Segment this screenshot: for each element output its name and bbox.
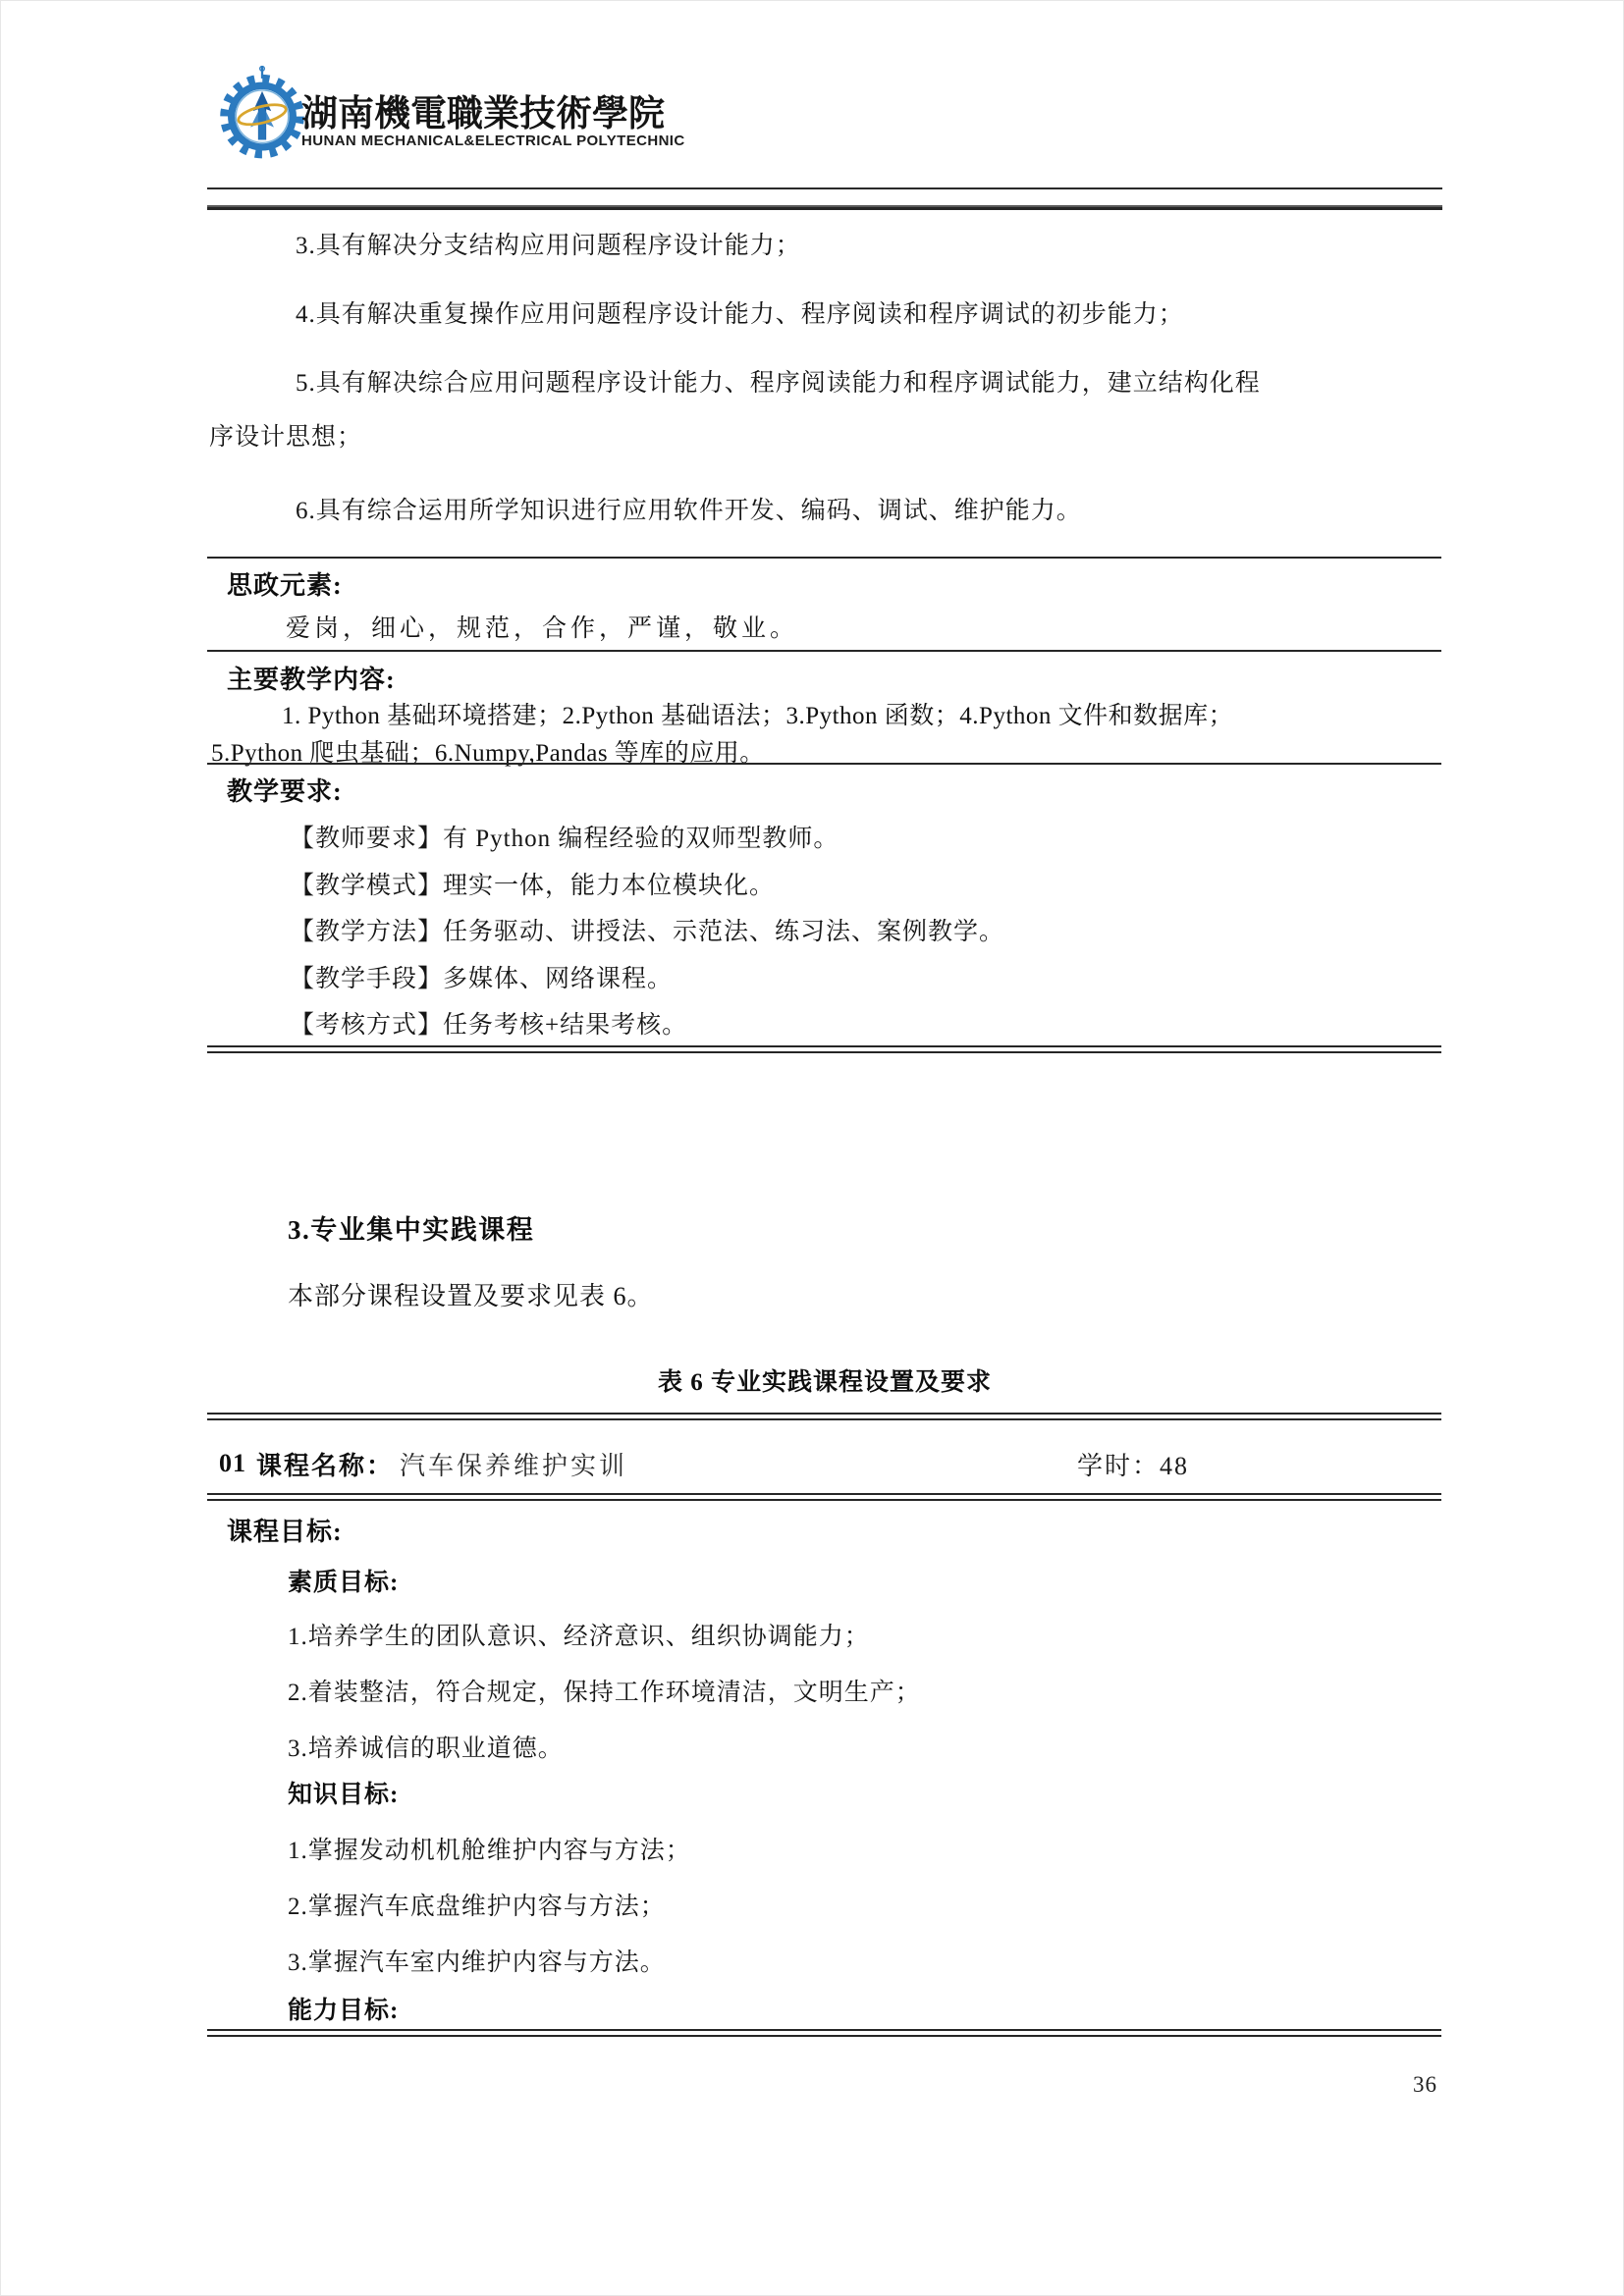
ability-item-5-line2: 序设计思想； [209, 410, 1440, 464]
ideological-content: 爱岗，细心，规范，合作，严谨，敬业。 [286, 610, 1366, 649]
course-hours: 学时：48 [1077, 1446, 1189, 1482]
course-name: 汽车保养维护实训 [400, 1446, 627, 1482]
section-divider [207, 763, 1441, 765]
course-hours-value: 48 [1160, 1452, 1189, 1480]
table-top-border [207, 1413, 1441, 1420]
teaching-content-line1: 1. Python 基础环境搭建；2.Python 基础语法；3.Python … [209, 698, 1440, 735]
ability-item-6: 6.具有综合运用所学知识进行应用软件开发、编码、调试、维护能力。 [209, 484, 1440, 538]
section-end-divider [207, 1045, 1441, 1053]
quality-goals-label: 素质目标: [288, 1566, 1466, 1601]
course-goals-label: 课程目标: [227, 1515, 1405, 1550]
page-bottom-divider [207, 2029, 1441, 2037]
teaching-content-line2: 5.Python 爬虫基础；6.Numpy,Pandas 等库的应用。 [209, 735, 1440, 773]
requirement-mode: 【教学模式】理实一体，能力本位模块化。 [290, 863, 1419, 910]
ability-item-4: 4.具有解决重复操作应用问题程序设计能力、程序阅读和程序调试的初步能力； [209, 288, 1440, 342]
quality-goal-3: 3.培养诚信的职业道德。 [288, 1721, 1417, 1777]
school-name-en: HUNAN MECHANICAL&ELECTRICAL POLYTECHNIC [301, 133, 989, 149]
knowledge-goal-2: 2.掌握汽车底盘维护内容与方法； [288, 1879, 1417, 1935]
ability-item-3: 3.具有解决分支结构应用问题程序设计能力； [209, 219, 1440, 273]
header-rule-bottom [207, 205, 1442, 210]
knowledge-goal-3: 3.掌握汽车室内维护内容与方法。 [288, 1935, 1417, 1991]
quality-goals-list: 1.培养学生的团队意识、经济意识、组织协调能力； 2.着装整洁，符合规定，保持工… [288, 1609, 1417, 1777]
requirement-assessment: 【考核方式】任务考核+结果考核。 [290, 1002, 1419, 1049]
knowledge-goal-1: 1.掌握发动机机舱维护内容与方法； [288, 1823, 1417, 1879]
quality-goal-2: 2.着装整洁，符合规定，保持工作环境清洁，文明生产； [288, 1665, 1417, 1721]
practice-section-intro: 本部分课程设置及要求见表 6。 [288, 1277, 1270, 1316]
teaching-content-body: 1. Python 基础环境搭建；2.Python 基础语法；3.Python … [209, 698, 1440, 773]
ideological-label: 思政元素: [227, 568, 1405, 604]
teaching-requirements-list: 【教师要求】有 Python 编程经验的双师型教师。 【教学模式】理实一体，能力… [290, 816, 1419, 1049]
course-number: 01 [209, 1449, 246, 1478]
table6-title: 表 6 专业实践课程设置及要求 [209, 1365, 1440, 1401]
teaching-content-label: 主要教学内容: [227, 663, 1405, 698]
teaching-requirements-label: 教学要求: [227, 774, 1405, 810]
requirement-method: 【教学方法】任务驱动、讲授法、示范法、练习法、案例教学。 [290, 909, 1419, 956]
knowledge-goals-list: 1.掌握发动机机舱维护内容与方法； 2.掌握汽车底盘维护内容与方法； 3.掌握汽… [288, 1823, 1417, 1991]
course-name-label: 课程名称： [256, 1446, 394, 1482]
ability-item-5-line1: 5.具有解决综合应用问题程序设计能力、程序阅读能力和程序调试能力，建立结构化程 [209, 356, 1440, 410]
course-header-row: 01 课程名称： 汽车保养维护实训 学时：48 [209, 1440, 1440, 1487]
practice-section-heading: 3.专业集中实践课程 [288, 1210, 1171, 1250]
knowledge-goals-label: 知识目标: [288, 1778, 1466, 1813]
gear-emblem-icon [217, 64, 307, 160]
requirement-means: 【教学手段】多媒体、网络课程。 [290, 956, 1419, 1003]
course-hours-label: 学时： [1077, 1452, 1160, 1480]
section-divider [207, 557, 1441, 559]
page-number: 36 [1413, 2072, 1437, 2098]
ability-goals-label: 能力目标: [288, 1994, 1466, 2029]
document-page: 湖南機電職業技術學院 HUNAN MECHANICAL&ELECTRICAL P… [0, 0, 1624, 2296]
table-header-divider [207, 1493, 1441, 1501]
school-logo [217, 64, 307, 160]
quality-goal-1: 1.培养学生的团队意识、经济意识、组织协调能力； [288, 1609, 1417, 1665]
header-rule-top [207, 187, 1442, 189]
requirement-teacher: 【教师要求】有 Python 编程经验的双师型教师。 [290, 816, 1419, 863]
section-divider [207, 650, 1441, 652]
school-name-zh: 湖南機電職業技術學院 [301, 83, 989, 136]
